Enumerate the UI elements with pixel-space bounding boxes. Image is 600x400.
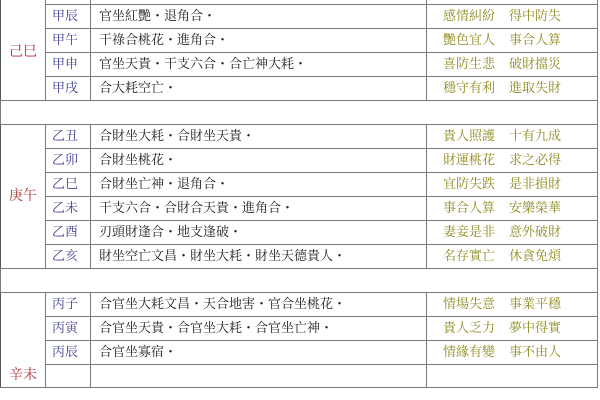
fortune-cell: 財運桃花求之必得 bbox=[427, 149, 598, 173]
ganzhi-cell: 乙丑 bbox=[46, 125, 91, 149]
ganzhi-cell: 丙子 bbox=[46, 293, 91, 317]
separator-row bbox=[1, 269, 598, 293]
fortune-cell: 妻妾是非意外破財 bbox=[427, 221, 598, 245]
description-cell: 官坐天貴・干支六合・合亡神大耗・ bbox=[91, 53, 427, 77]
description-cell: 合財坐桃花・ bbox=[91, 149, 427, 173]
description-cell: 合官坐大耗文昌・天合地害・官合坐桃花・ bbox=[91, 293, 427, 317]
table-row: 乙未 干支六合・合財合天貴・進角合・ 事合人算安樂榮華 bbox=[1, 197, 598, 221]
description-cell: 干支六合・合財合天貴・進角合・ bbox=[91, 197, 427, 221]
table-row: 丙寅 合官坐天貴・合官坐大耗・合官坐亡神・ 貴人乏力夢中得實 bbox=[1, 317, 598, 341]
stem-label: 庚午 bbox=[1, 125, 46, 269]
fortune-text: 貴人照護 bbox=[443, 129, 495, 144]
fortune-cell: 宜防失跌是非損財 bbox=[427, 173, 598, 197]
fortune-text: 進取失財 bbox=[509, 81, 561, 96]
ganzhi-cell: 甲午 bbox=[46, 29, 91, 53]
fortune-text: 財運桃花 bbox=[443, 153, 495, 168]
ganzhi-cell: 乙酉 bbox=[46, 221, 91, 245]
fortune-text: 十有九成 bbox=[509, 129, 561, 144]
description-cell: 合財坐亡神・退角合・ bbox=[91, 173, 427, 197]
fortune-cell: 名存實亡休貪免煩 bbox=[427, 245, 598, 269]
fortune-cell: 喜防生悲破財擋災 bbox=[427, 53, 598, 77]
fortune-text: 事業平穩 bbox=[509, 297, 561, 312]
fortune-text: 是非損財 bbox=[509, 177, 561, 192]
fortune-text: 得中防失 bbox=[509, 9, 561, 24]
fortune-cell: 感情糾紛得中防失 bbox=[427, 5, 598, 29]
description-cell: 刃頭財逢合・地支逢破・ bbox=[91, 221, 427, 245]
table-row: 乙卯 合財坐桃花・ 財運桃花求之必得 bbox=[1, 149, 598, 173]
ganzhi-cell: 丙辰 bbox=[46, 341, 91, 365]
fortune-text: 情場失意 bbox=[443, 297, 495, 312]
ganzhi-cell: 乙亥 bbox=[46, 245, 91, 269]
fortune-text: 夢中得實 bbox=[509, 321, 561, 336]
fortune-text: 妻妾是非 bbox=[443, 225, 495, 240]
table-row: 甲午 干祿合桃花・進角合・ 艷色宜人事合人算 bbox=[1, 29, 598, 53]
fortune-cell: 情場失意事業平穩 bbox=[427, 293, 598, 317]
table-row: 甲申 官坐天貴・干支六合・合亡神大耗・ 喜防生悲破財擋災 bbox=[1, 53, 598, 77]
fortune-text: 意外破財 bbox=[509, 225, 561, 240]
fortune-text: 情緣有變 bbox=[443, 345, 495, 360]
table-row: 庚午 乙丑 合財坐大耗・合財坐天貴・ 貴人照護十有九成 bbox=[1, 125, 598, 149]
description-cell: 合財坐大耗・合財坐天貴・ bbox=[91, 125, 427, 149]
fortune-text: 求之必得 bbox=[509, 153, 561, 168]
ganzhi-cell: 甲戌 bbox=[46, 77, 91, 101]
table-row bbox=[1, 365, 598, 388]
fortune-text: 破財擋災 bbox=[509, 57, 561, 72]
fortune-cell: 情緣有變事不由人 bbox=[427, 341, 598, 365]
ganzhi-combination-table: 己巳 甲辰 官坐紅艷・退角合・ 感情糾紛得中防失 甲午 干祿合桃花・進角合・ 艷… bbox=[0, 0, 598, 388]
ganzhi-cell: 乙巳 bbox=[46, 173, 91, 197]
ganzhi-cell: 丙寅 bbox=[46, 317, 91, 341]
fortune-text: 感情糾紛 bbox=[443, 9, 495, 24]
description-cell: 官坐紅艷・退角合・ bbox=[91, 5, 427, 29]
description-cell: 合官坐天貴・合官坐大耗・合官坐亡神・ bbox=[91, 317, 427, 341]
fortune-text: 休貪免煩 bbox=[509, 249, 561, 264]
description-cell: 財坐空亡文昌・財坐大耗・財坐天德貴人・ bbox=[91, 245, 427, 269]
fortune-text: 喜防生悲 bbox=[443, 57, 495, 72]
fortune-cell: 貴人乏力夢中得實 bbox=[427, 317, 598, 341]
stem-label: 己巳 bbox=[1, 0, 46, 101]
separator-row bbox=[1, 101, 598, 125]
stem-label: 辛未 bbox=[1, 293, 46, 388]
description-cell: 合官坐寡宿・ bbox=[91, 341, 427, 365]
fortune-text: 艷色宜人 bbox=[443, 33, 495, 48]
fortune-text: 事合人算 bbox=[443, 201, 495, 216]
fortune-text: 安樂榮華 bbox=[509, 201, 561, 216]
table-row: 乙亥 財坐空亡文昌・財坐大耗・財坐天德貴人・ 名存實亡休貪免煩 bbox=[1, 245, 598, 269]
table-row: 丙辰 合官坐寡宿・ 情緣有變事不由人 bbox=[1, 341, 598, 365]
fortune-text: 穩守有利 bbox=[443, 81, 495, 96]
fortune-text: 貴人乏力 bbox=[443, 321, 495, 336]
description-cell: 干祿合桃花・進角合・ bbox=[91, 29, 427, 53]
fortune-cell: 艷色宜人事合人算 bbox=[427, 29, 598, 53]
fortune-text: 事不由人 bbox=[509, 345, 561, 360]
fortune-text: 名存實亡 bbox=[443, 249, 495, 264]
ganzhi-cell: 乙卯 bbox=[46, 149, 91, 173]
fortune-cell: 事合人算安樂榮華 bbox=[427, 197, 598, 221]
table-row: 乙酉 刃頭財逢合・地支逢破・ 妻妾是非意外破財 bbox=[1, 221, 598, 245]
fortune-cell: 貴人照護十有九成 bbox=[427, 125, 598, 149]
ganzhi-cell: 甲辰 bbox=[46, 5, 91, 29]
fortune-text: 宜防失跌 bbox=[443, 177, 495, 192]
fortune-cell: 穩守有利進取失財 bbox=[427, 77, 598, 101]
table-row: 甲辰 官坐紅艷・退角合・ 感情糾紛得中防失 bbox=[1, 5, 598, 29]
ganzhi-cell: 甲申 bbox=[46, 53, 91, 77]
description-cell: 合大耗空亡・ bbox=[91, 77, 427, 101]
ganzhi-cell: 乙未 bbox=[46, 197, 91, 221]
table-row: 辛未 丙子 合官坐大耗文昌・天合地害・官合坐桃花・ 情場失意事業平穩 bbox=[1, 293, 598, 317]
table-row: 乙巳 合財坐亡神・退角合・ 宜防失跌是非損財 bbox=[1, 173, 598, 197]
table-row: 甲戌 合大耗空亡・ 穩守有利進取失財 bbox=[1, 77, 598, 101]
fortune-text: 事合人算 bbox=[509, 33, 561, 48]
